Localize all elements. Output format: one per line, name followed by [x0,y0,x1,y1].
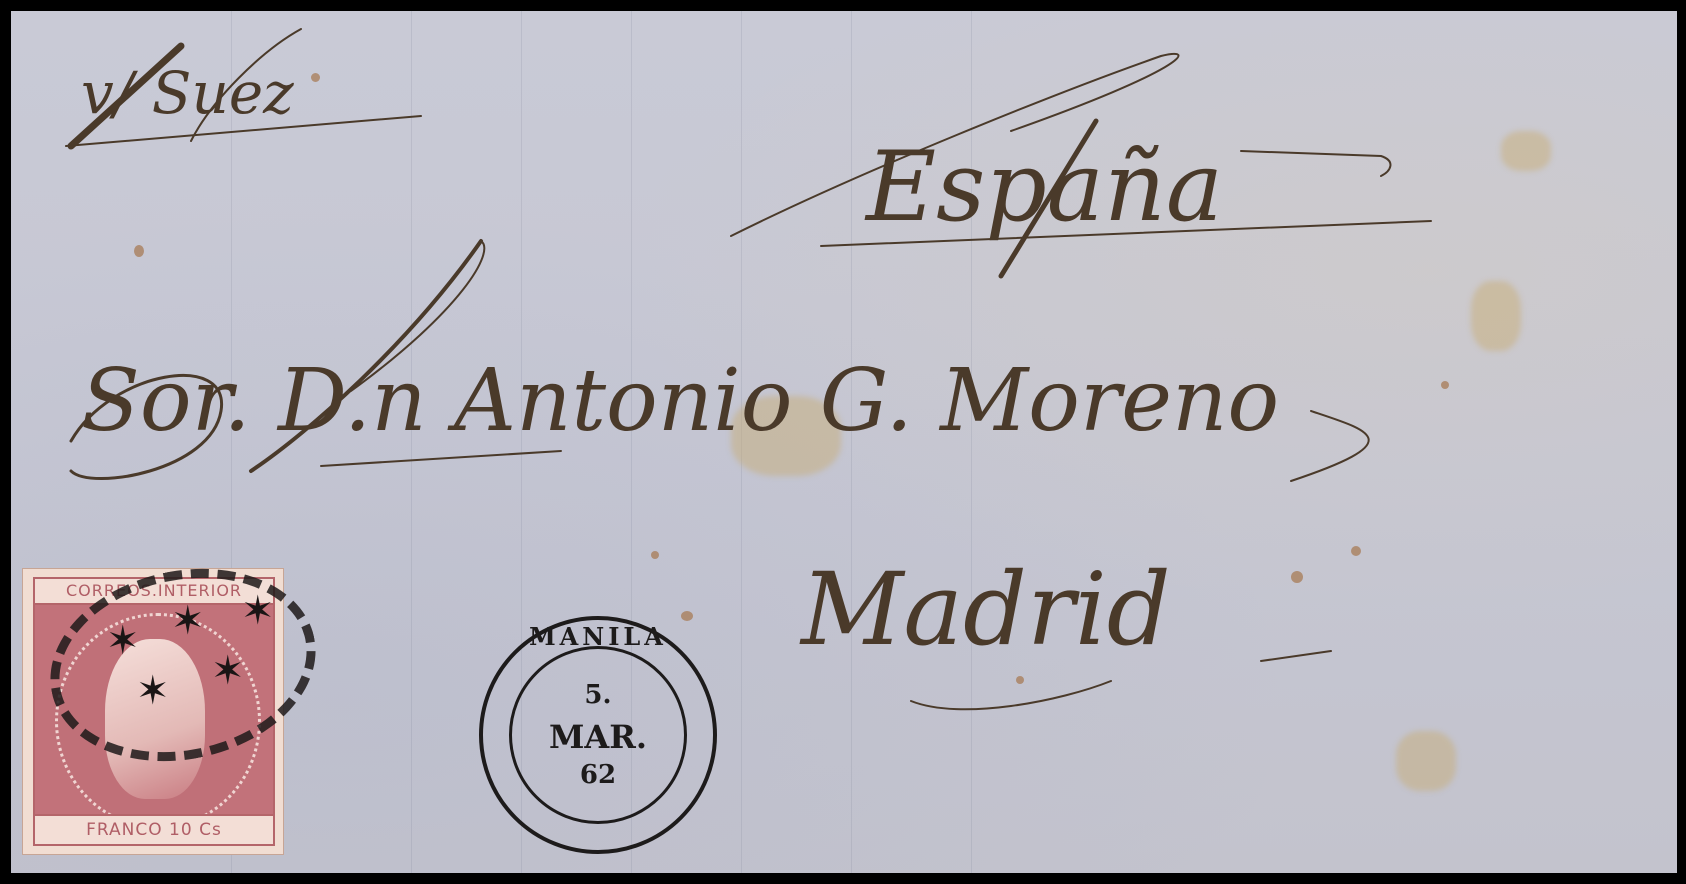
destination-city: Madrid [801,551,1171,668]
routing-note: v/ Suez [81,59,294,127]
postmark-month: MAR. [483,718,713,756]
star-cancel-icon: ✶ [241,591,275,631]
destination-country: España [866,131,1223,243]
addressee-line: Sor. D.n Antonio G. Moreno [81,351,1279,451]
postmark-year: 62 [483,760,713,790]
postal-cover: v/ Suez España Sor. D.n Antonio G. Moren… [11,11,1677,873]
star-cancel-icon: ✶ [136,671,170,711]
star-cancel-icon: ✶ [106,621,140,661]
manila-postmark: MANILA 5. MAR. 62 [479,616,717,854]
star-cancel-icon: ✶ [171,601,205,641]
stamp-bottom-inscription: FRANCO 10 Cs [35,814,273,844]
star-cancel-icon: ✶ [211,651,245,691]
postmark-day: 5. [483,680,713,710]
postmark-town: MANILA [523,622,673,651]
